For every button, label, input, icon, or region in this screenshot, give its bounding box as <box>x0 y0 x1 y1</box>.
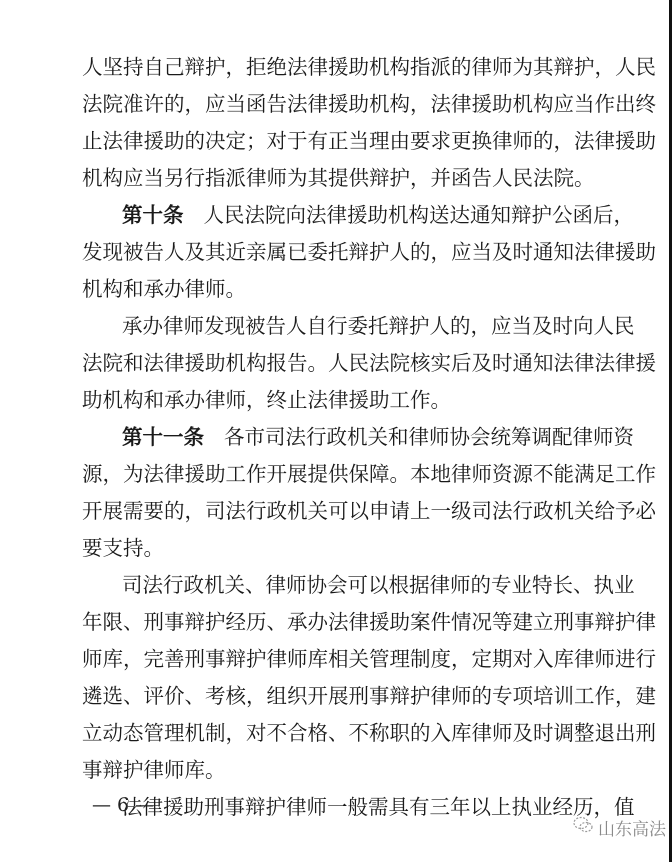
text-line: 止法律援助的决定；对于有正当理由要求更换律师的，法律援助 <box>82 123 592 160</box>
text-line: 司法行政机关、律师协会可以根据律师的专业特长、执业 <box>82 567 592 604</box>
text-line: 法院和法律援助机构报告。人民法院核实后及时通知法律法律援 <box>82 345 592 382</box>
text-line: 要支持。 <box>82 530 592 567</box>
text-line: 助机构和承办律师，终止法律援助工作。 <box>82 382 592 419</box>
text-line: 发现被告人及其近亲属已委托辩护人的，应当及时通知法律援助 <box>82 234 592 271</box>
watermark: 山东高法 <box>572 815 666 840</box>
text-line: 师库，完善刑事辩护律师库相关管理制度，定期对入库律师进行 <box>82 641 592 678</box>
article-11-first-line: 第十一条各市司法行政机关和律师协会统筹调配律师资 <box>82 419 592 456</box>
text-line: 立动态管理机制，对不合格、不称职的入库律师及时调整退出刑 <box>82 715 592 752</box>
text-line: 机构应当另行指派律师为其提供辩护，并函告人民法院。 <box>82 160 592 197</box>
text-line: 事辩护律师库。 <box>82 752 592 789</box>
text-line: 源，为法律援助工作开展提供保障。本地律师资源不能满足工作 <box>82 456 592 493</box>
article-10-heading: 第十条 <box>122 203 184 227</box>
wechat-icon <box>572 815 594 840</box>
article-10-text: 人民法院向法律援助机构送达通知辩护公函后， <box>204 203 635 227</box>
text-line: 法院准许的，应当函告法律援助机构，法律援助机构应当作出终 <box>82 86 592 123</box>
watermark-label: 山东高法 <box>598 815 666 840</box>
text-line: 遴选、评价、考核，组织开展刑事辩护律师的专项培训工作，建 <box>82 678 592 715</box>
document-page: 人坚持自己辩护，拒绝法律援助机构指派的律师为其辩护，人民 法院准许的，应当函告法… <box>82 49 592 826</box>
article-11-heading: 第十一条 <box>122 425 204 449</box>
article-10-first-line: 第十条人民法院向法律援助机构送达通知辩护公函后， <box>82 197 592 234</box>
text-line: 法律援助刑事辩护律师一般需具有三年以上执业经历，值 <box>82 789 592 826</box>
page-number: — 6 — <box>92 790 154 820</box>
text-line: 承办律师发现被告人自行委托辩护人的，应当及时向人民 <box>82 308 592 345</box>
text-line: 开展需要的，司法行政机关可以申请上一级司法行政机关给予必 <box>82 493 592 530</box>
text-line: 机构和承办律师。 <box>82 271 592 308</box>
article-11-text: 各市司法行政机关和律师协会统筹调配律师资 <box>224 425 634 449</box>
text-line: 年限、刑事辩护经历、承办法律援助案件情况等建立刑事辩护律 <box>82 604 592 641</box>
text-line: 人坚持自己辩护，拒绝法律援助机构指派的律师为其辩护，人民 <box>82 49 592 86</box>
